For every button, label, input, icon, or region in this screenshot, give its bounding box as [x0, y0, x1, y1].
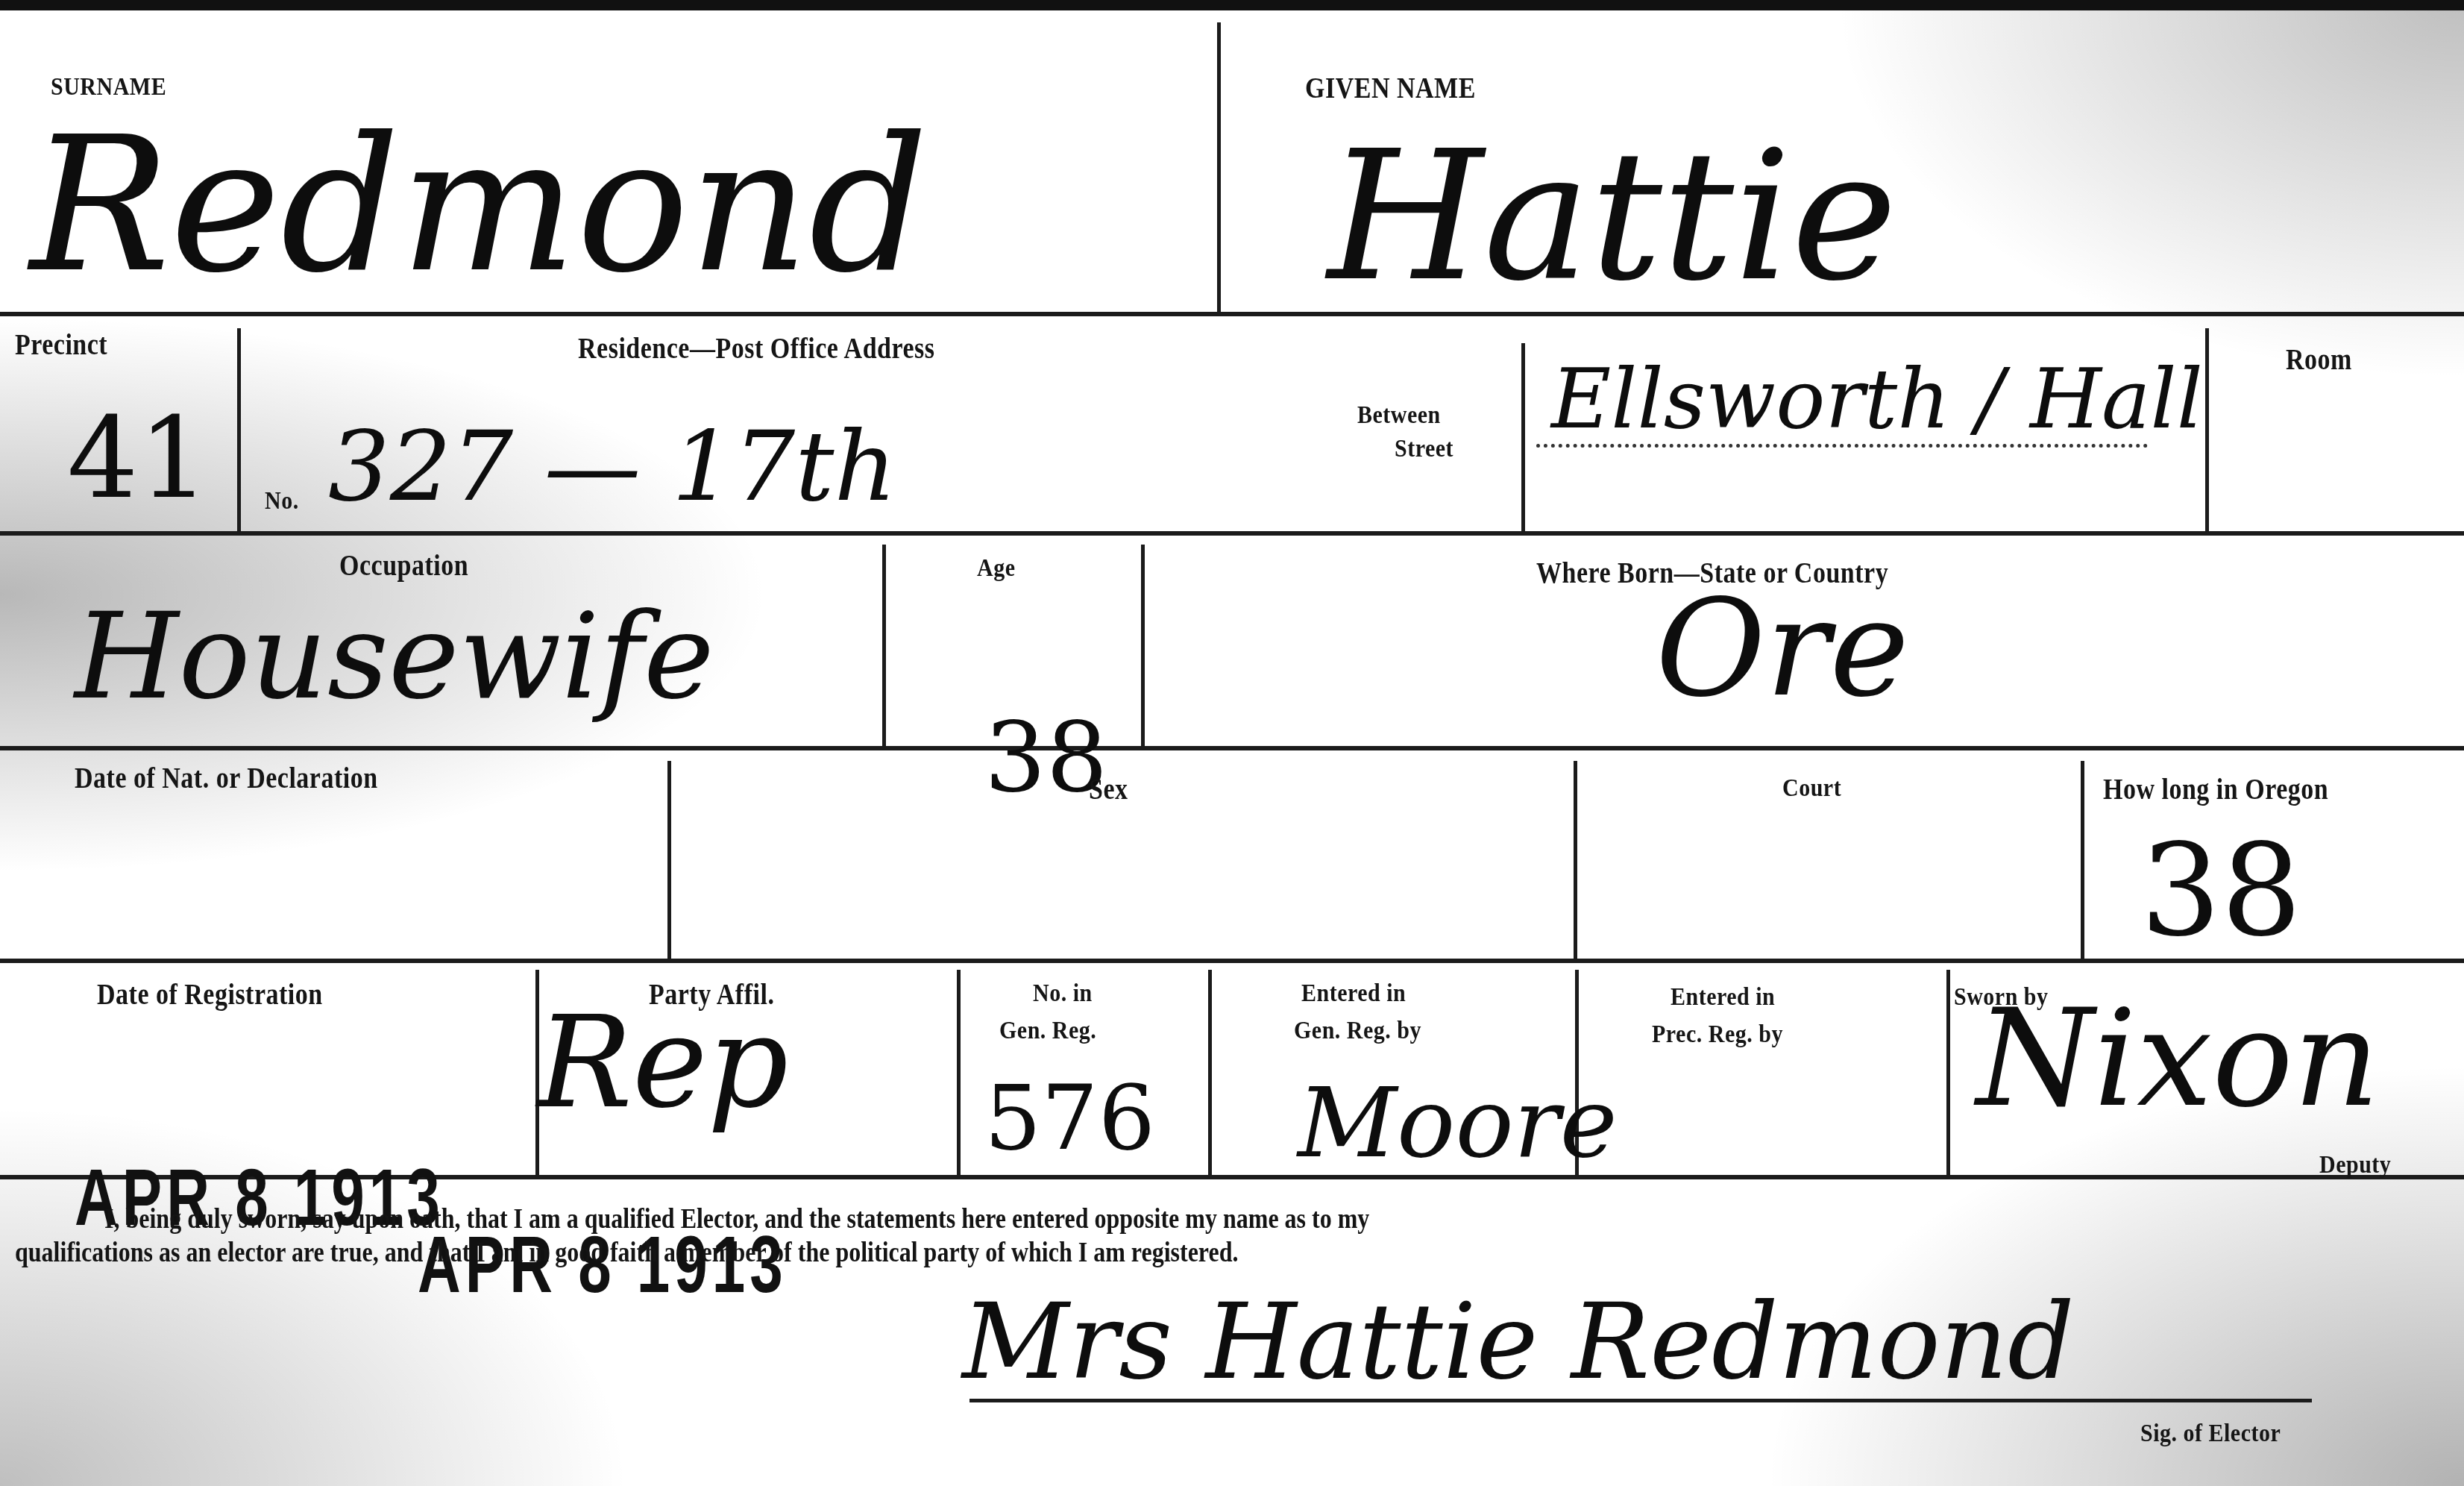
date-nat-label: Date of Nat. or Declaration: [75, 762, 378, 795]
oath-line-1: I, being duly sworn, say upon oath, that…: [104, 1202, 1369, 1235]
surname-value: Redmond: [30, 112, 928, 298]
top-border: [0, 0, 2464, 10]
sworn-by-value: Nixon: [1976, 992, 2380, 1126]
how-long-value: 38: [2140, 828, 2301, 955]
residence-label: Residence—Post Office Address: [578, 333, 934, 366]
no-gen-reg-label-2: Gen. Reg.: [999, 1016, 1096, 1045]
registration-card: SURNAME Redmond GIVEN NAME Hattie Precin…: [0, 0, 2464, 1486]
row-divider: [0, 959, 2464, 963]
col-divider: [1574, 761, 1577, 959]
oath-line-2: qualifications as an elector are true, a…: [15, 1235, 1238, 1268]
precinct-label: Precinct: [15, 330, 107, 363]
entered-gen-label-2: Gen. Reg. by: [1294, 1016, 1421, 1045]
where-born-value: Ore: [1656, 582, 1909, 716]
number-label: No.: [265, 486, 299, 515]
deputy-label: Deputy: [2319, 1150, 2391, 1179]
entered-gen-value: Moore: [1298, 1074, 1618, 1171]
no-gen-reg-value: 576: [984, 1074, 1155, 1164]
occupation-value: Housewife: [75, 597, 714, 716]
col-divider: [2205, 328, 2209, 531]
street-label: Street: [1395, 434, 1453, 463]
col-divider: [2081, 761, 2084, 959]
col-divider: [1946, 970, 1950, 1175]
court-label: Court: [1782, 774, 1841, 803]
row-divider: [0, 746, 2464, 750]
given-name-value: Hattie: [1327, 127, 1897, 306]
col-divider: [1141, 545, 1145, 746]
given-name-label: GIVEN NAME: [1305, 72, 1476, 105]
entered-prec-label-2: Prec. Reg. by: [1652, 1020, 1783, 1049]
entered-prec-label-1: Entered in: [1671, 982, 1775, 1012]
sig-elector-label: Sig. of Elector: [2140, 1419, 2281, 1448]
between-label: Between: [1357, 401, 1441, 430]
room-label: Room: [2286, 345, 2352, 377]
col-divider: [237, 328, 241, 531]
sex-label: Sex: [1089, 774, 1128, 806]
elector-signature: Mrs Hattie Redmond: [962, 1291, 2075, 1395]
party-affil-value: Rep: [537, 1000, 788, 1126]
age-label: Age: [977, 554, 1015, 583]
col-divider: [667, 761, 671, 959]
col-divider: [957, 970, 961, 1175]
col-divider: [1208, 970, 1212, 1175]
col-divider: [882, 545, 886, 746]
no-gen-reg-label-1: No. in: [1033, 979, 1093, 1008]
entered-gen-label-1: Entered in: [1301, 979, 1406, 1008]
row-divider: [0, 531, 2464, 536]
occupation-label: Occupation: [339, 550, 468, 583]
date-registration-label: Date of Registration: [97, 979, 323, 1012]
signature-line: [969, 1399, 2312, 1402]
how-long-label: How long in Oregon: [2103, 774, 2328, 806]
col-divider: [1521, 343, 1525, 531]
address-value: 327 — 17th: [328, 418, 896, 515]
between-streets-value: Ellsworth / Hall: [1551, 358, 2203, 440]
precinct-value: 41: [67, 403, 210, 515]
col-divider: [1217, 22, 1221, 313]
